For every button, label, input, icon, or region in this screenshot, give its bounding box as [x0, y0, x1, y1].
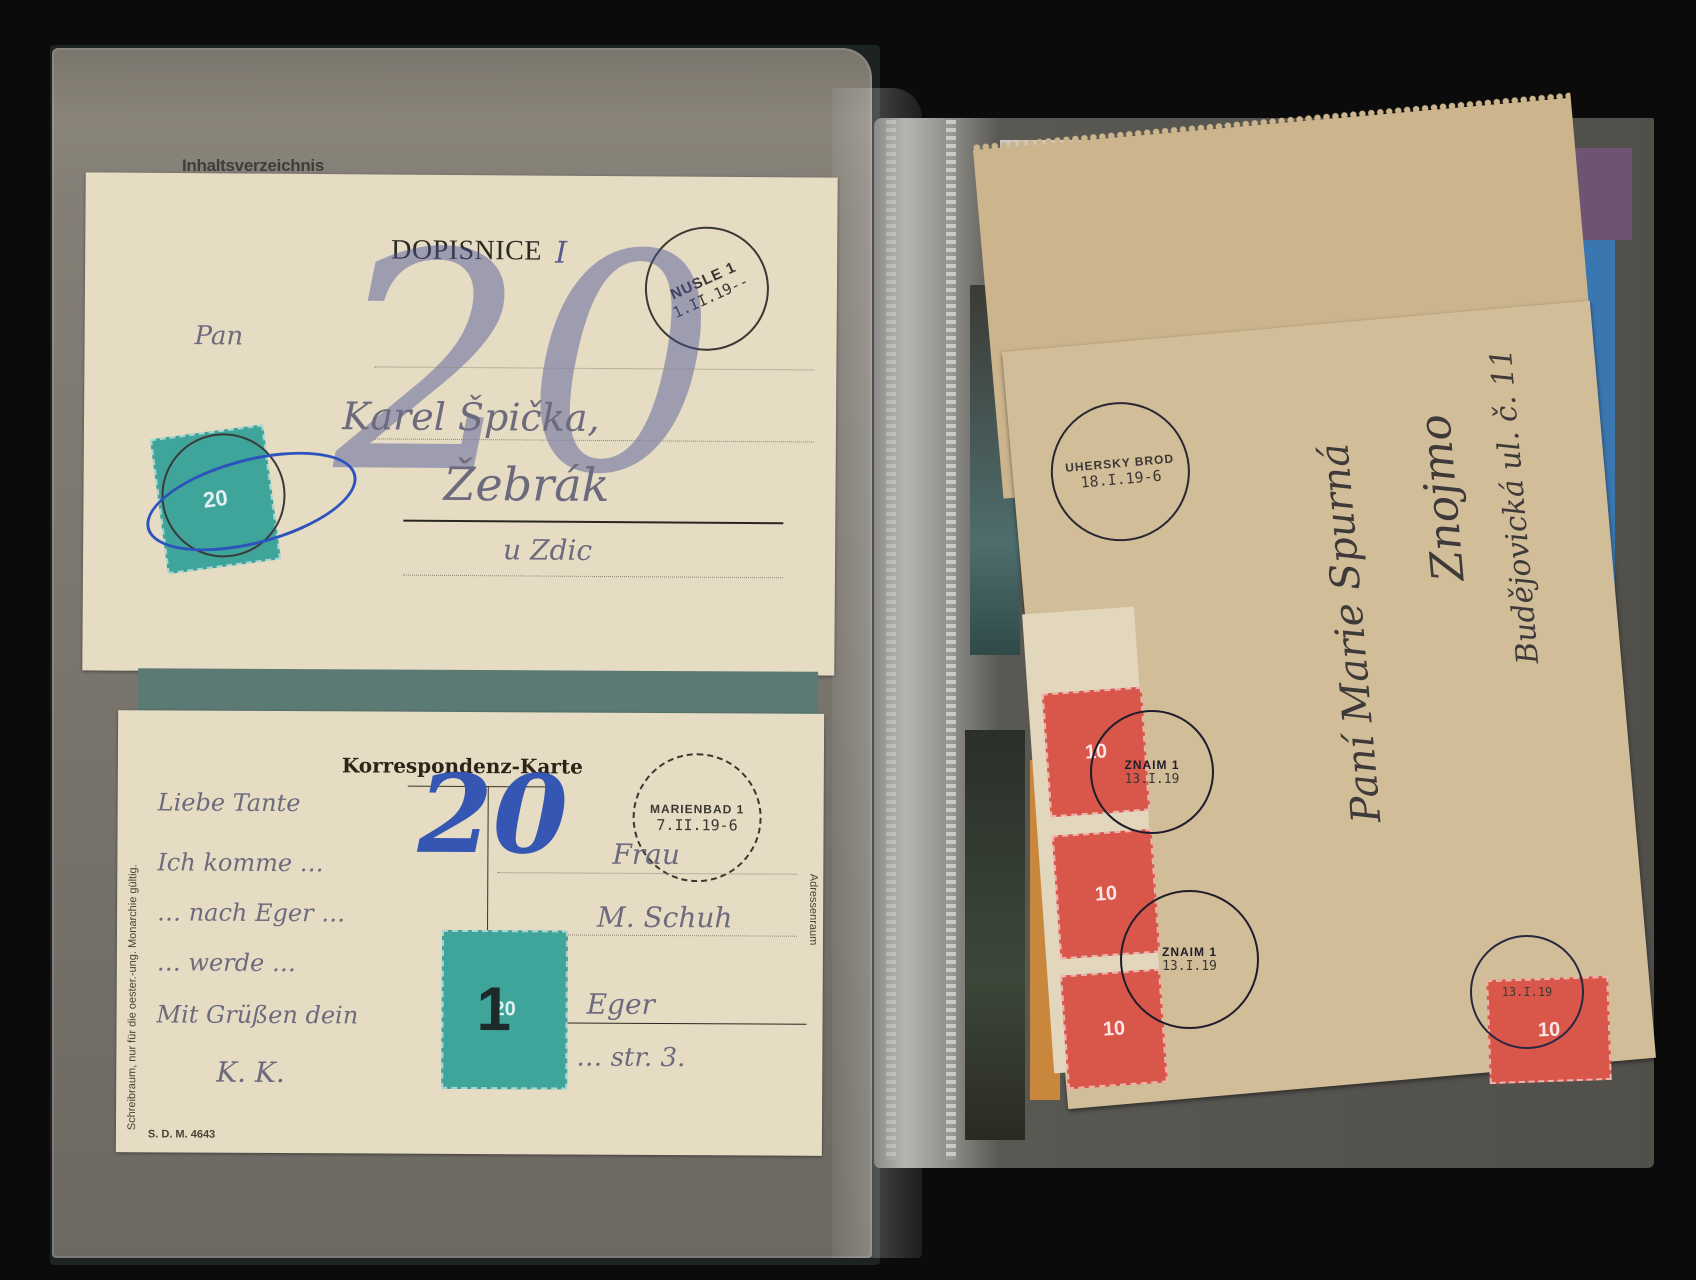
message-line: … werde … — [157, 948, 296, 977]
address-town: Žebrák — [443, 457, 609, 512]
sleeve-edge — [886, 120, 896, 1160]
address-name: M. Schuh — [597, 901, 733, 935]
message-line: Mit Grüßen dein — [156, 1000, 358, 1029]
postcard-korrespondenz-karte: Korrespondenz-Karte Schreibraum, nur für… — [116, 710, 824, 1156]
address-line-town: Znojmo — [1409, 412, 1474, 583]
postcard-dopisnice: DOPISNICE NUSLE 1 1.II.19-- I 20 Pan Kar… — [82, 172, 837, 675]
side-print-adressenraum: Adressenraum — [807, 874, 819, 946]
message-line: Liebe Tante — [158, 788, 301, 817]
message-signature: K. K. — [216, 1056, 285, 1089]
postmark-znaim: ZNAIM 1 13.I.19 — [1090, 710, 1214, 834]
background-picture-postcard — [965, 730, 1025, 1140]
postage-due-crayon-20: 20 — [417, 752, 568, 879]
printer-number: S. D. M. 4643 — [148, 1128, 215, 1140]
sleeve-weld-seam — [946, 120, 956, 1160]
address-name: Karel Špička, — [342, 394, 600, 440]
side-print-schreibraum: Schreibraum, nur für die oester.-ung. Mo… — [126, 780, 140, 1130]
address-salutation: Pan — [195, 321, 244, 351]
message-line: … nach Eger … — [157, 898, 345, 927]
overprint-numeral: 1 — [476, 974, 511, 1045]
postmark-uhersky-brod: UHERSKY BROD 18.I.19-6 — [1045, 396, 1196, 547]
address-district: u Zdic — [503, 533, 592, 567]
address-salutation: Frau — [612, 838, 680, 871]
address-line-name: Paní Marie Spurná — [1311, 441, 1390, 824]
message-line: Ich komme … — [157, 848, 324, 877]
postmark-znaim: 13.I.19 — [1470, 935, 1584, 1049]
postmark-znaim: ZNAIM 1 13.I.19 — [1120, 890, 1259, 1029]
address-town: Eger — [587, 988, 656, 1021]
address-street: … str. 3. — [576, 1043, 685, 1074]
address-line-street: Budějovická ul. č. 11 — [1484, 347, 1546, 666]
